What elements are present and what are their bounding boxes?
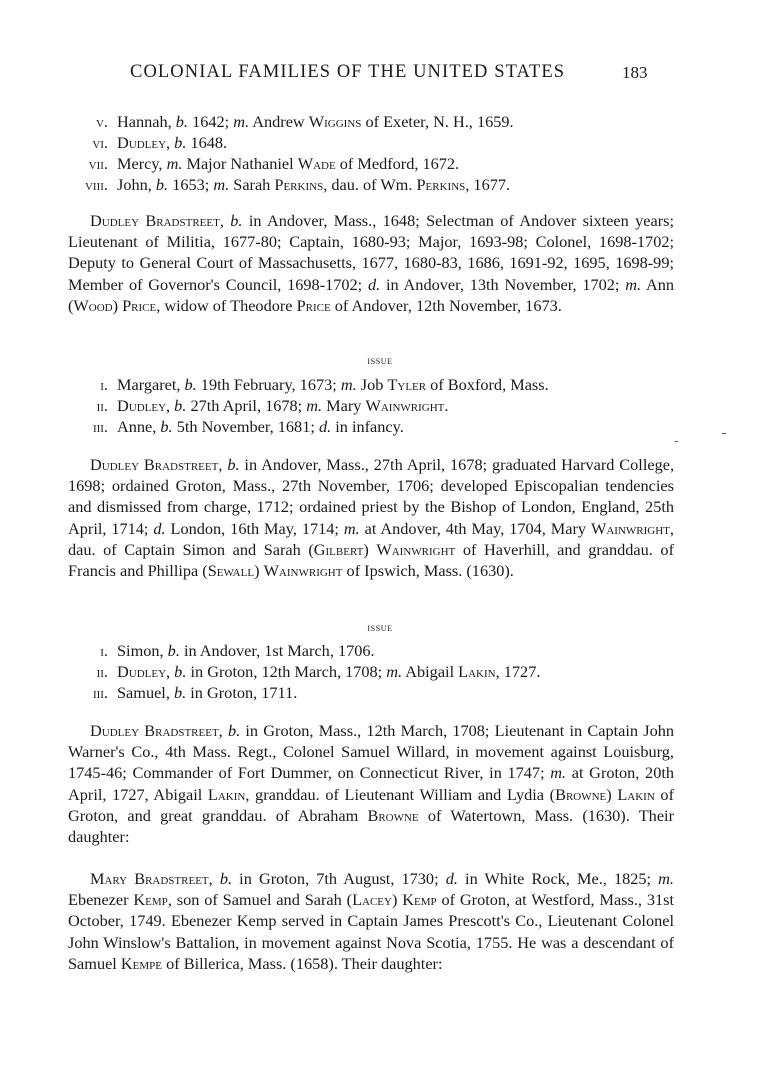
italic-abbrev: d. (368, 275, 380, 294)
item-number: vii. (28, 154, 108, 174)
text-run: ) (113, 296, 123, 315)
text-run: of Billerica, Mass. (1658). Their daught… (162, 954, 442, 973)
text-run: in Groton, 12th March, 1708; (186, 662, 386, 681)
italic-abbrev: b. (156, 175, 168, 194)
surname: Perkins (274, 175, 323, 194)
surname: Lakin (458, 662, 495, 681)
paragraph-mary-bradstreet: Mary Bradstreet, b. in Groton, 7th Augus… (68, 868, 674, 974)
surname: Mary Bradstreet (90, 869, 209, 888)
item-text: John, b. 1653; m. Sarah Perkins, dau. of… (117, 175, 510, 195)
item-text: Anne, b. 5th November, 1681; d. in infan… (117, 417, 404, 437)
item-number: ii. (28, 662, 108, 682)
surname: Wainwright (264, 561, 343, 580)
running-title: COLONIAL FAMILIES OF THE UNITED STATES (130, 62, 565, 83)
surname: Wainwright (591, 519, 670, 538)
surname: Kemp (133, 890, 167, 909)
item-text: Simon, b. in Andover, 1st March, 1706. (117, 641, 375, 661)
scan-speck (675, 441, 678, 442)
text-run: 1653; (168, 175, 213, 194)
item-number: viii. (28, 175, 108, 195)
scan-speck (722, 433, 726, 434)
italic-abbrev: b. (228, 721, 240, 740)
text-run: Samuel, (117, 683, 174, 702)
italic-abbrev: b. (230, 211, 242, 230)
item-text: Mercy, m. Major Nathaniel Wade of Medfor… (117, 154, 459, 174)
surname: Wainwright (376, 540, 455, 559)
text-run: of Andover, 12th November, 1673. (331, 296, 562, 315)
text-run: , (219, 721, 228, 740)
text-run: Anne, (117, 417, 160, 436)
surname: Price (122, 296, 156, 315)
item-number: i. (28, 641, 108, 661)
text-run: John, (117, 175, 156, 194)
text-run: Job (357, 375, 388, 394)
text-run: of Medford, 1672. (336, 154, 459, 173)
surname: Dudley Bradstreet (90, 721, 219, 740)
italic-abbrev: b. (220, 869, 232, 888)
italic-abbrev: b. (174, 396, 186, 415)
text-run: Mercy, (117, 154, 167, 173)
surname: Lakin (617, 785, 654, 804)
italic-abbrev: m. (167, 154, 183, 173)
italic-abbrev: b. (168, 641, 180, 660)
text-run: in Andover, 1st March, 1706. (180, 641, 375, 660)
text-run: of Boxford, Mass. (426, 375, 549, 394)
text-run: , (166, 662, 174, 681)
text-run: , widow of Theodore (156, 296, 296, 315)
item-number: vi. (28, 133, 108, 153)
text-run: , (166, 133, 174, 152)
surname: Wiggins (309, 112, 362, 131)
text-run: ) (254, 561, 264, 580)
surname: Browne (555, 785, 606, 804)
text-run: 19th February, 1673; (197, 375, 341, 394)
surname: Browne (367, 806, 418, 825)
surname: Dudley (117, 133, 166, 152)
italic-abbrev: m. (658, 869, 674, 888)
paragraph-dudley-bradstreet-1708: Dudley Bradstreet, b. in Groton, Mass., … (68, 720, 674, 847)
running-header: COLONIAL FAMILIES OF THE UNITED STATES 1… (0, 62, 760, 86)
text-run: Simon, (117, 641, 168, 660)
italic-abbrev: b. (160, 417, 172, 436)
item-text: Hannah, b. 1642; m. Andrew Wiggins of Ex… (117, 112, 514, 132)
text-run: Major Nathaniel (182, 154, 297, 173)
book-page: COLONIAL FAMILIES OF THE UNITED STATES 1… (0, 0, 760, 1083)
surname: Dudley Bradstreet (90, 455, 218, 474)
issue-heading: issue (0, 355, 760, 367)
text-run: 1642; (188, 112, 233, 131)
text-run: ) (606, 785, 617, 804)
text-run: of Exeter, N. H., 1659. (361, 112, 513, 131)
italic-abbrev: m. (341, 375, 357, 394)
surname: Price (297, 296, 331, 315)
surname: Tyler (387, 375, 426, 394)
paragraph-dudley-bradstreet-1678: Dudley Bradstreet, b. in Andover, Mass.,… (68, 454, 674, 581)
italic-abbrev: d. (319, 417, 331, 436)
item-number: v. (28, 112, 108, 132)
text-run: , 1727. (496, 662, 541, 681)
surname: Dudley (117, 396, 166, 415)
text-run: in Groton, 1711. (186, 683, 297, 702)
text-run: of Ipswich, Mass. (1630). (342, 561, 513, 580)
text-run: Hannah, (117, 112, 176, 131)
text-run: Andrew (249, 112, 309, 131)
paragraph-dudley-bradstreet-1648: Dudley Bradstreet, b. in Andover, Mass.,… (68, 210, 674, 316)
text-run: in infancy. (331, 417, 404, 436)
page-number: 183 (622, 63, 648, 83)
italic-abbrev: b. (174, 683, 186, 702)
text-run: 1648. (186, 133, 227, 152)
italic-abbrev: b. (174, 133, 186, 152)
item-number: iii. (28, 417, 108, 437)
italic-abbrev: b. (185, 375, 197, 394)
text-run: in Groton, 7th August, 1730; (232, 869, 446, 888)
italic-abbrev: m. (550, 763, 566, 782)
text-run: at Andover, 4th May, 1704, Mary (360, 519, 591, 538)
item-number: ii. (28, 396, 108, 416)
text-run: in White Rock, Me., 1825; (458, 869, 658, 888)
italic-abbrev: d. (153, 519, 165, 538)
text-run: Sarah (229, 175, 274, 194)
surname: Lakin (208, 785, 245, 804)
italic-abbrev: m. (625, 275, 641, 294)
italic-abbrev: b. (174, 662, 186, 681)
italic-abbrev: b. (176, 112, 188, 131)
italic-abbrev: m. (213, 175, 229, 194)
surname: Perkins (417, 175, 466, 194)
italic-abbrev: m. (233, 112, 249, 131)
item-text: Margaret, b. 19th February, 1673; m. Job… (117, 375, 549, 395)
surname: Lacey (352, 890, 392, 909)
italic-abbrev: m. (306, 396, 322, 415)
surname: Dudley (117, 662, 166, 681)
text-run: . (444, 396, 448, 415)
text-run: , (220, 211, 230, 230)
text-run: Margaret, (117, 375, 185, 394)
text-run: Ebenezer (68, 890, 133, 909)
issue-heading: issue (0, 622, 760, 634)
text-run: 5th November, 1681; (173, 417, 319, 436)
text-run: in Andover, 13th November, 1702; (380, 275, 625, 294)
item-text: Dudley, b. 27th April, 1678; m. Mary Wai… (117, 396, 448, 416)
text-run: , dau. of Wm. (323, 175, 416, 194)
text-run: , 1677. (465, 175, 510, 194)
italic-abbrev: m. (386, 662, 402, 681)
surname: Sewall (208, 561, 254, 580)
item-number: i. (28, 375, 108, 395)
surname: Gilbert (314, 540, 364, 559)
text-run: 27th April, 1678; (186, 396, 306, 415)
italic-abbrev: d. (446, 869, 458, 888)
text-run: , (166, 396, 174, 415)
text-run: , (209, 869, 220, 888)
item-text: Dudley, b. in Groton, 12th March, 1708; … (117, 662, 540, 682)
italic-abbrev: m. (344, 519, 360, 538)
surname: Dudley Bradstreet (90, 211, 220, 230)
text-run: , (218, 455, 227, 474)
text-run: Abigail (402, 662, 458, 681)
text-run: ) (363, 540, 376, 559)
surname: Wood (73, 296, 112, 315)
item-number: iii. (28, 683, 108, 703)
surname: Kempe (121, 954, 162, 973)
text-run: , son of Samuel and Sarah ( (168, 890, 352, 909)
text-run: Mary (322, 396, 365, 415)
text-run: London, 16th May, 1714; (166, 519, 344, 538)
text-run: ) (392, 890, 402, 909)
item-text: Dudley, b. 1648. (117, 133, 227, 153)
italic-abbrev: b. (227, 455, 239, 474)
surname: Kemp (402, 890, 436, 909)
text-run: , granddau. of Lieutenant William and Ly… (245, 785, 555, 804)
surname: Wainwright (365, 396, 444, 415)
item-text: Samuel, b. in Groton, 1711. (117, 683, 297, 703)
surname: Wade (298, 154, 336, 173)
